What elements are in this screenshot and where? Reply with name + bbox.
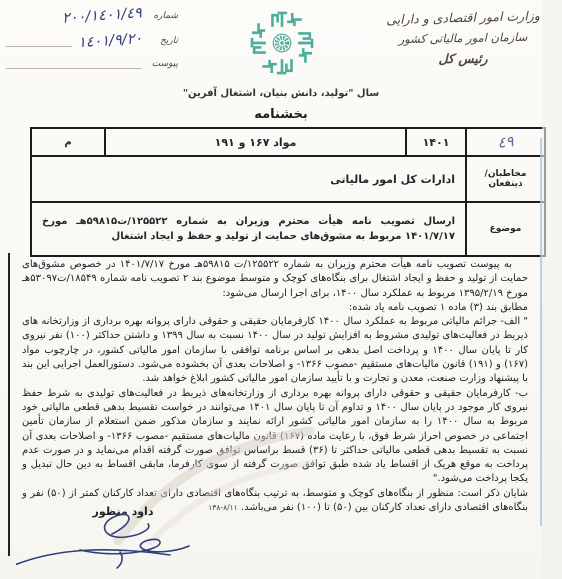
body-paragraph-intro: به پیوست تصویب نامه هیأت محترم وزیران به… — [22, 258, 528, 301]
organization-name: سازمان امور مالیاتی کشور — [368, 29, 558, 46]
audience-value: ادارات کل امور مالیاتی — [32, 157, 467, 201]
classification-table: ٤٩ ۱۴۰۱ مواد ۱۶۷ و ۱۹۱ م مخاطبان/ذینفعان… — [30, 127, 546, 257]
scan-edge-shade — [542, 0, 562, 579]
role-title: رئیس کل — [368, 51, 558, 66]
date-value: ١٤٠١/٩/٢٠ — [77, 31, 142, 51]
scan-edge-line — [540, 138, 542, 526]
date-rule — [6, 36, 72, 47]
number-value: ٢٠٠/١٤٠١/٤٩ — [62, 5, 143, 27]
letterhead-meta-block: شماره ٢٠٠/١٤٠١/٤٩ تاریخ ١٤٠١/٩/٢٠ پیوست — [6, 8, 178, 78]
body-paragraph-clause-a: " الف- جرائم مالیاتی مربوط به عملکرد سال… — [22, 315, 528, 386]
signature-block: داود منظور — [16, 500, 216, 575]
letterhead-org-block: وزارت امور اقتصادی و دارایی سازمان امور … — [368, 10, 558, 66]
attachment-label: پیوست — [148, 59, 178, 69]
body-paragraph-reference: مطابق بند (۳) ماده ۱ تصویب نامه یاد شده: — [22, 301, 528, 315]
articles-cell: مواد ۱۶۷ و ۱۹۱ — [106, 129, 407, 155]
page-left-border — [8, 253, 10, 556]
table-row-subject: موضوع ارسال تصویب نامه هیأت محترم وزیران… — [32, 201, 544, 255]
subject-label: موضوع — [467, 203, 544, 255]
year-slogan: سال "تولید، دانش بنیان، اشتغال آفرین" — [0, 88, 562, 99]
table-row-classification: ٤٩ ۱۴۰۱ مواد ۱۶۷ و ۱۹۱ م — [32, 129, 544, 155]
year-cell: ۱۴۰۱ — [407, 129, 467, 155]
circular-document-page: وزارت امور اقتصادی و دارایی سازمان امور … — [0, 0, 562, 579]
serial-number-handwritten: ٤٩ — [466, 125, 545, 159]
tax-administration-logo-icon — [245, 2, 319, 84]
body-paragraph-clause-b: ب- کارفرمایان حقیقی و حقوقی دارای پروانه… — [22, 387, 528, 487]
number-row: شماره ٢٠٠/١٤٠١/٤٩ — [6, 8, 178, 24]
date-row: تاریخ ١٤٠١/٩/٢٠ — [6, 33, 178, 49]
ministry-name: وزارت امور اقتصادی و دارایی — [368, 8, 558, 28]
handwritten-signature-icon — [16, 500, 216, 575]
code-cell: م — [32, 129, 106, 155]
circular-body-text: به پیوست تصویب نامه هیأت محترم وزیران به… — [22, 258, 528, 515]
document-title: بخشنامه — [0, 107, 562, 122]
table-row-audience: مخاطبان/ذینفعان ادارات کل امور مالیاتی — [32, 155, 544, 201]
audience-label: مخاطبان/ذینفعان — [467, 157, 544, 201]
attachment-row: پیوست — [6, 58, 178, 69]
date-label: تاریخ — [148, 36, 178, 46]
number-label: شماره — [148, 11, 178, 21]
subject-value: ارسال تصویب نامه هیأت محترم وزیران به شم… — [32, 203, 467, 255]
attachment-rule — [6, 58, 142, 69]
